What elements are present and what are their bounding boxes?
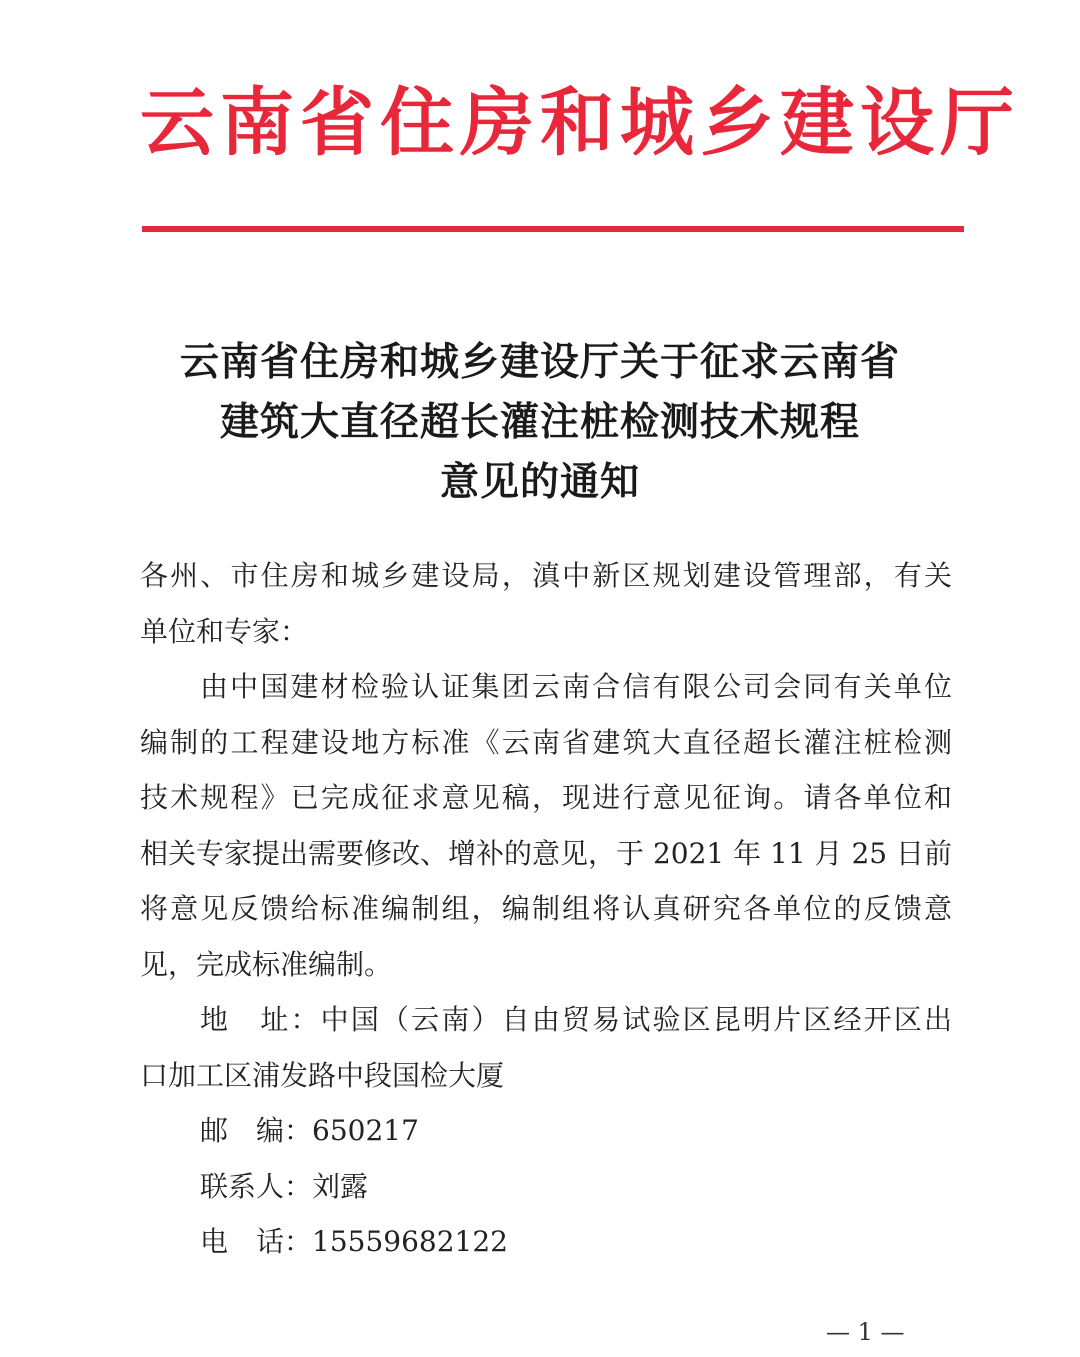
addressee-line-1: 各州、市住房和城乡建设局，滇中新区规划建设管理部，有关 <box>140 548 952 604</box>
address-value-1: 中国（云南）自由贸易试验区昆明片区经开区出 <box>321 1003 952 1036</box>
addressee-line-2: 单位和专家： <box>140 604 952 660</box>
page-number: — 1 — <box>826 1318 905 1346</box>
document-body: 各州、市住房和城乡建设局，滇中新区规划建设管理部，有关 单位和专家： 由中国建材… <box>140 548 952 1270</box>
title-line-2: 建筑大直径超长灌注桩检测技术规程 <box>150 392 930 452</box>
contact-person-value: 刘露 <box>312 1170 368 1203</box>
document-title: 云南省住房和城乡建设厅关于征求云南省 建筑大直径超长灌注桩检测技术规程 意见的通… <box>150 332 930 512</box>
contact-person-line: 联系人：刘露 <box>140 1159 952 1215</box>
address-label: 地 址： <box>200 1003 321 1036</box>
phone-line: 电 话：15559682122 <box>140 1214 952 1270</box>
issuing-authority-masthead: 云南省住房和城乡建设厅 <box>140 78 970 168</box>
postcode-label: 邮 编： <box>200 1114 312 1147</box>
phone-label: 电 话： <box>200 1225 312 1258</box>
contact-person-label: 联系人： <box>200 1170 312 1203</box>
paragraph-line-4: 相关专家提出需要修改、增补的意见，于 2021 年 11 月 25 日前 <box>140 826 952 882</box>
phone-value: 15559682122 <box>312 1225 508 1258</box>
address-line-2: 口加工区浦发路中段国检大厦 <box>140 1048 952 1104</box>
paragraph-line-5: 将意见反馈给标准编制组，编制组将认真研究各单位的反馈意 <box>140 881 952 937</box>
address-line-1: 地 址：中国（云南）自由贸易试验区昆明片区经开区出 <box>140 992 952 1048</box>
paragraph-line-1: 由中国建材检验认证集团云南合信有限公司会同有关单位 <box>140 659 952 715</box>
postcode-line: 邮 编：650217 <box>140 1103 952 1159</box>
paragraph-line-3: 技术规程》已完成征求意见稿，现进行意见征询。请各单位和 <box>140 770 952 826</box>
title-line-1: 云南省住房和城乡建设厅关于征求云南省 <box>150 332 930 392</box>
paragraph-line-6: 见，完成标准编制。 <box>140 937 952 993</box>
red-divider-line <box>142 226 964 232</box>
paragraph-line-2: 编制的工程建设地方标准《云南省建筑大直径超长灌注桩检测 <box>140 715 952 771</box>
title-line-3: 意见的通知 <box>150 452 930 512</box>
postcode-value: 650217 <box>312 1114 419 1147</box>
